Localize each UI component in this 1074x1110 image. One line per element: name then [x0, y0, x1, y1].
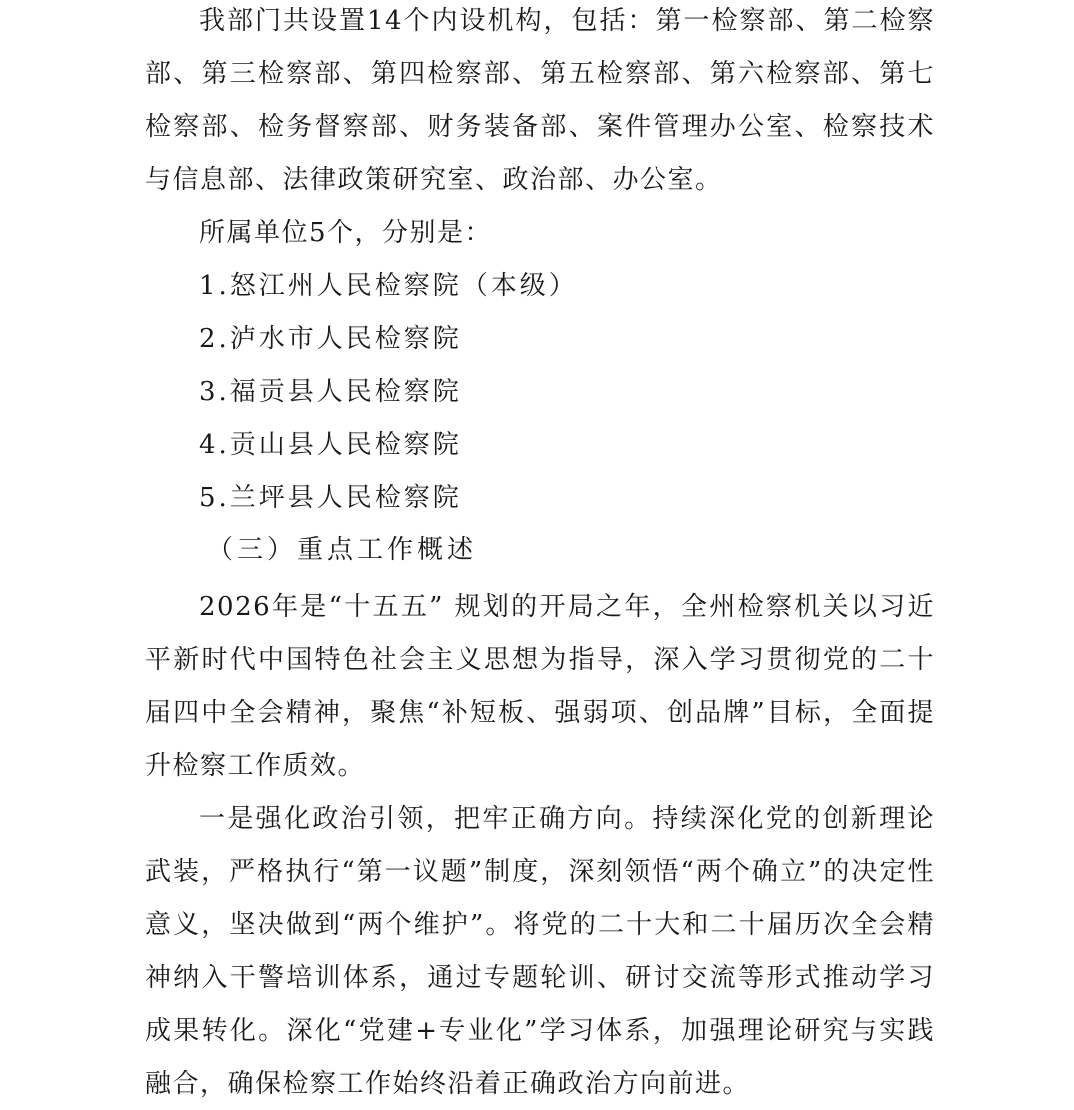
intro-paragraph: 我部门共设置14个内设机构，包括：第一检察部、第二检察部、第三检察部、第四检察部… — [145, 0, 935, 207]
unit-item: 3.福贡县人民检察院 — [145, 366, 935, 419]
unit-item: 1.怒江州人民检察院（本级） — [145, 260, 935, 313]
point-one-paragraph: 一是强化政治引领，把牢正确方向。持续深化党的创新理论武装，严格执行“第一议题”制… — [145, 793, 935, 1110]
overview-paragraph: 2026年是“十五五” 规划的开局之年，全州检察机关以习近平新时代中国特色社会主… — [145, 581, 935, 793]
section-heading: （三）重点工作概述 — [145, 525, 935, 575]
unit-item: 4.贡山县人民检察院 — [145, 419, 935, 472]
unit-item: 5.兰坪县人民检察院 — [145, 472, 935, 525]
document-page: 我部门共设置14个内设机构，包括：第一检察部、第二检察部、第三检察部、第四检察部… — [145, 0, 935, 1110]
units-intro: 所属单位5个，分别是： — [145, 207, 935, 260]
unit-item: 2.泸水市人民检察院 — [145, 313, 935, 366]
